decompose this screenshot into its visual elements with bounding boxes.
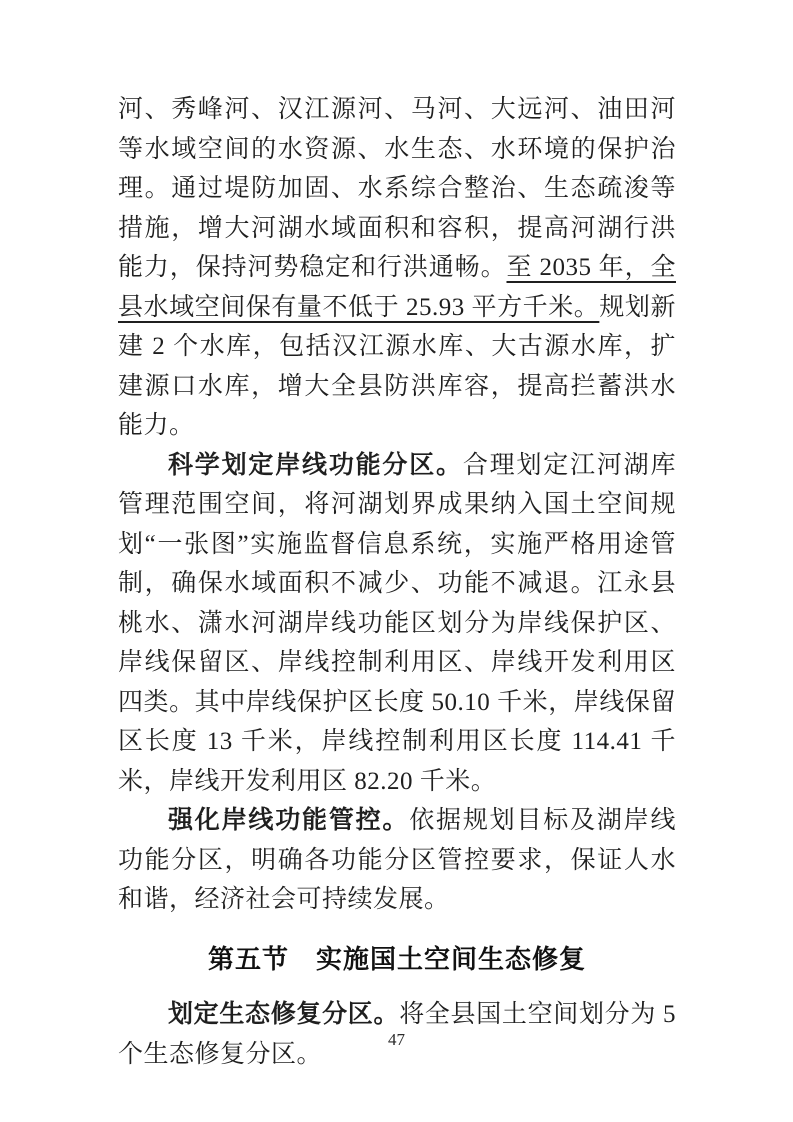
section-heading: 第五节 实施国土空间生态修复 bbox=[118, 940, 676, 980]
paragraph-water-space: 河、秀峰河、汉江源河、马河、大远河、油田河等水域空间的水资源、水生态、水环境的保… bbox=[118, 90, 676, 446]
document-page: 河、秀峰河、汉江源河、马河、大远河、油田河等水域空间的水资源、水生态、水环境的保… bbox=[0, 0, 793, 1122]
body-text: 合理划定江河湖库管理范围空间，将河湖划界成果纳入国土空间规划“一张图”实施监督信… bbox=[118, 452, 676, 795]
paragraph-lead-bold: 强化岸线功能管控。 bbox=[168, 807, 409, 834]
document-body: 河、秀峰河、汉江源河、马河、大远河、油田河等水域空间的水资源、水生态、水环境的保… bbox=[118, 90, 676, 1074]
paragraph-lead-bold: 划定生态修复分区。 bbox=[168, 1001, 399, 1028]
paragraph-shoreline-control: 强化岸线功能管控。依据规划目标及湖岸线功能分区，明确各功能分区管控要求，保证人水… bbox=[118, 801, 676, 920]
page-number: 47 bbox=[0, 1030, 793, 1050]
paragraph-lead-bold: 科学划定岸线功能分区。 bbox=[168, 452, 463, 479]
paragraph-shoreline-zoning: 科学划定岸线功能分区。合理划定江河湖库管理范围空间，将河湖划界成果纳入国土空间规… bbox=[118, 446, 676, 802]
